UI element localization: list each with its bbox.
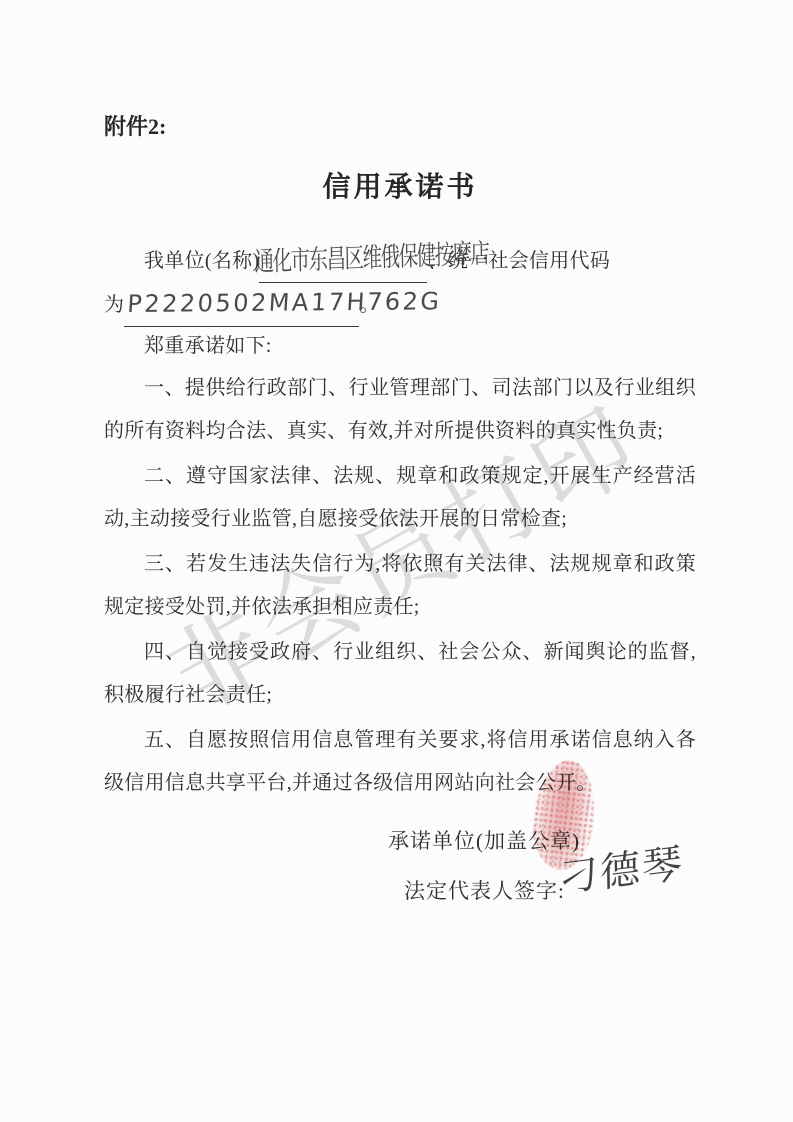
credit-code-blank: P2220502MA17H762G	[124, 287, 359, 327]
commitment-item-1: 一、提供给行政部门、行业管理部门、司法部门以及行业组织的所有资料均合法、真实、有…	[104, 367, 696, 453]
intro-line-2: 为P2220502MA17H762G。	[104, 283, 696, 327]
legal-rep-label: 法定代表人签字:	[404, 879, 565, 903]
company-name-blank: 通化市东昌区维俄保健按摩店	[259, 243, 427, 283]
credit-code-handwritten: P2220502MA17H762G	[126, 279, 443, 326]
legal-rep-line: 法定代表人签字:刁德琴	[404, 863, 696, 913]
commitment-item-4: 四、自觉接受政府、行业组织、社会公众、新闻舆论的监督,积极履行社会责任;	[104, 631, 696, 717]
intro-line2-prefix: 为	[104, 294, 124, 316]
document-content: 附件2: 信用承诺书 我单位(名称)通化市东昌区维俄保健按摩店、统一社会信用代码…	[104, 0, 696, 913]
signature-block: 承诺单位(加盖公章) 法定代表人签字:刁德琴	[104, 819, 696, 913]
scanned-document-page: 非会员打印 附件2: 信用承诺书 我单位(名称)通化市东昌区维俄保健按摩店、统一…	[0, 0, 793, 1122]
intro-line-1: 我单位(名称)通化市东昌区维俄保健按摩店、统一社会信用代码	[104, 239, 696, 283]
intro-line1-prefix: 我单位(名称)	[144, 250, 259, 272]
document-title: 信用承诺书	[104, 165, 696, 205]
commitment-item-2: 二、遵守国家法律、法规、规章和政策规定,开展生产经营活动,主动接受行业监管,自愿…	[104, 455, 696, 541]
commitment-item-3: 三、若发生违法失信行为,将依照有关法律、法规规章和政策规定接受处罚,并依法承担相…	[104, 543, 696, 629]
promise-lead: 郑重承诺如下:	[104, 327, 696, 365]
company-name-handwritten: 通化市东昌区维俄保健按摩店	[255, 232, 490, 284]
attachment-label: 附件2:	[104, 110, 696, 141]
commitment-item-5: 五、自愿按照信用信息管理有关要求,将信用承诺信息纳入各级信用信息共享平台,并通过…	[104, 719, 696, 805]
